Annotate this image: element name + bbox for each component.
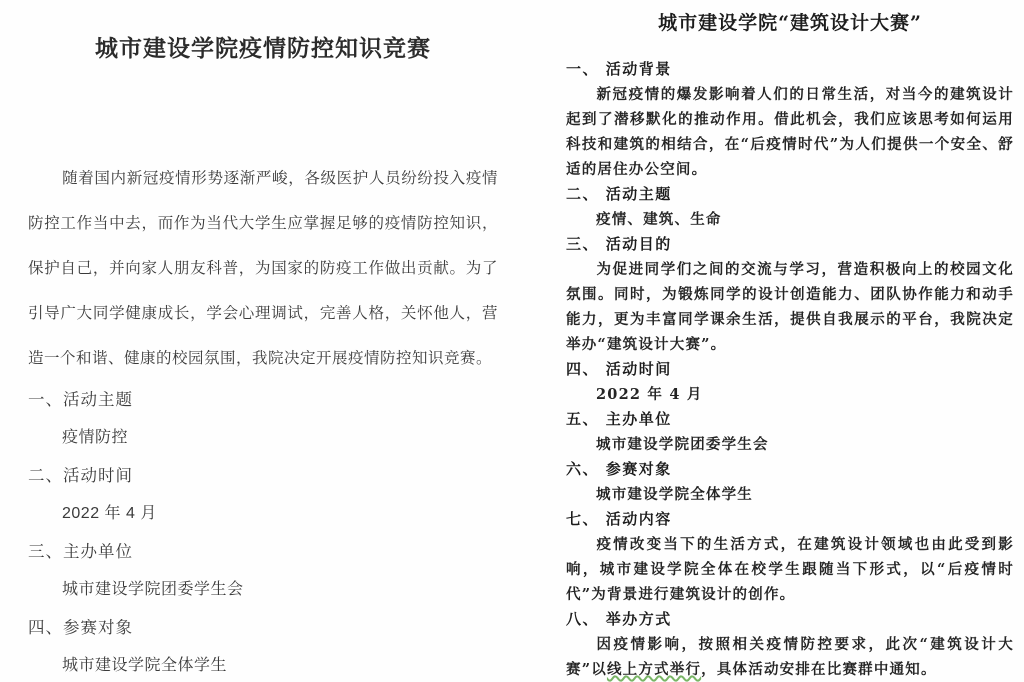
doc-right-section-value-2: 疫情、建筑、生命	[566, 207, 1014, 232]
doc-left-section-heading-3: 三、主办单位	[28, 533, 498, 571]
doc-right-section-value-5: 城市建设学院团委学生会	[566, 432, 1014, 457]
method-text-grammar-underline: 线上方式举行	[607, 661, 701, 678]
doc-right-section-heading-3: 三、 活动目的	[566, 232, 1014, 257]
document-design-competition: 城市建设学院“建筑设计大赛” 一、 活动背景 新冠疫情的爆发影响着人们的日常生活…	[566, 0, 1014, 682]
doc-right-method-paragraph: 因疫情影响，按照相关疫情防控要求，此次“建筑设计大赛”以线上方式举行，具体活动安…	[566, 632, 1014, 682]
doc-right-background-paragraph: 新冠疫情的爆发影响着人们的日常生活，对当今的建筑设计起到了潜移默化的推动作用。借…	[566, 82, 1014, 182]
doc-right-purpose-paragraph: 为促进同学们之间的交流与学习，营造积极向上的校园文化氛围。同时，为锻炼同学的设计…	[566, 257, 1014, 357]
doc-right-section-value-6: 城市建设学院全体学生	[566, 482, 1014, 507]
doc-right-section-heading-4: 四、 活动时间	[566, 357, 1014, 382]
doc-right-title: 城市建设学院“建筑设计大赛”	[566, 8, 1014, 35]
doc-left-section-value-3: 城市建设学院团委学生会	[28, 571, 498, 609]
method-text-after: ，具体活动安排在比赛群中通知。	[701, 661, 937, 678]
doc-right-section-heading-2: 二、 活动主题	[566, 182, 1014, 207]
doc-left-title: 城市建设学院疫情防控知识竞赛	[28, 30, 498, 63]
doc-left-section-heading-4: 四、参赛对象	[28, 609, 498, 647]
doc-right-section-heading-1: 一、 活动背景	[566, 57, 1014, 82]
doc-right-section-heading-8: 八、 举办方式	[566, 607, 1014, 632]
doc-left-section-value-4: 城市建设学院全体学生	[28, 647, 498, 682]
doc-right-section-heading-6: 六、 参赛对象	[566, 457, 1014, 482]
doc-right-content-paragraph: 疫情改变当下的生活方式，在建筑设计领域也由此受到影响，城市建设学院全体在校学生跟…	[566, 532, 1014, 607]
doc-left-intro-paragraph: 随着国内新冠疫情形势逐渐严峻，各级医护人员纷纷投入疫情防控工作当中去，而作为当代…	[28, 156, 498, 381]
doc-right-section-heading-5: 五、 主办单位	[566, 407, 1014, 432]
doc-left-section-heading-2: 二、活动时间	[28, 457, 498, 495]
doc-right-section-value-4: 2022 年 4 月	[566, 382, 1014, 407]
doc-right-section-heading-7: 七、 活动内容	[566, 507, 1014, 532]
document-epidemic-quiz: 城市建设学院疫情防控知识竞赛 随着国内新冠疫情形势逐渐严峻，各级医护人员纷纷投入…	[28, 0, 498, 682]
doc-left-section-value-2: 2022 年 4 月	[28, 495, 498, 533]
doc-left-section-heading-1: 一、活动主题	[28, 381, 498, 419]
doc-left-section-value-1: 疫情防控	[28, 419, 498, 457]
